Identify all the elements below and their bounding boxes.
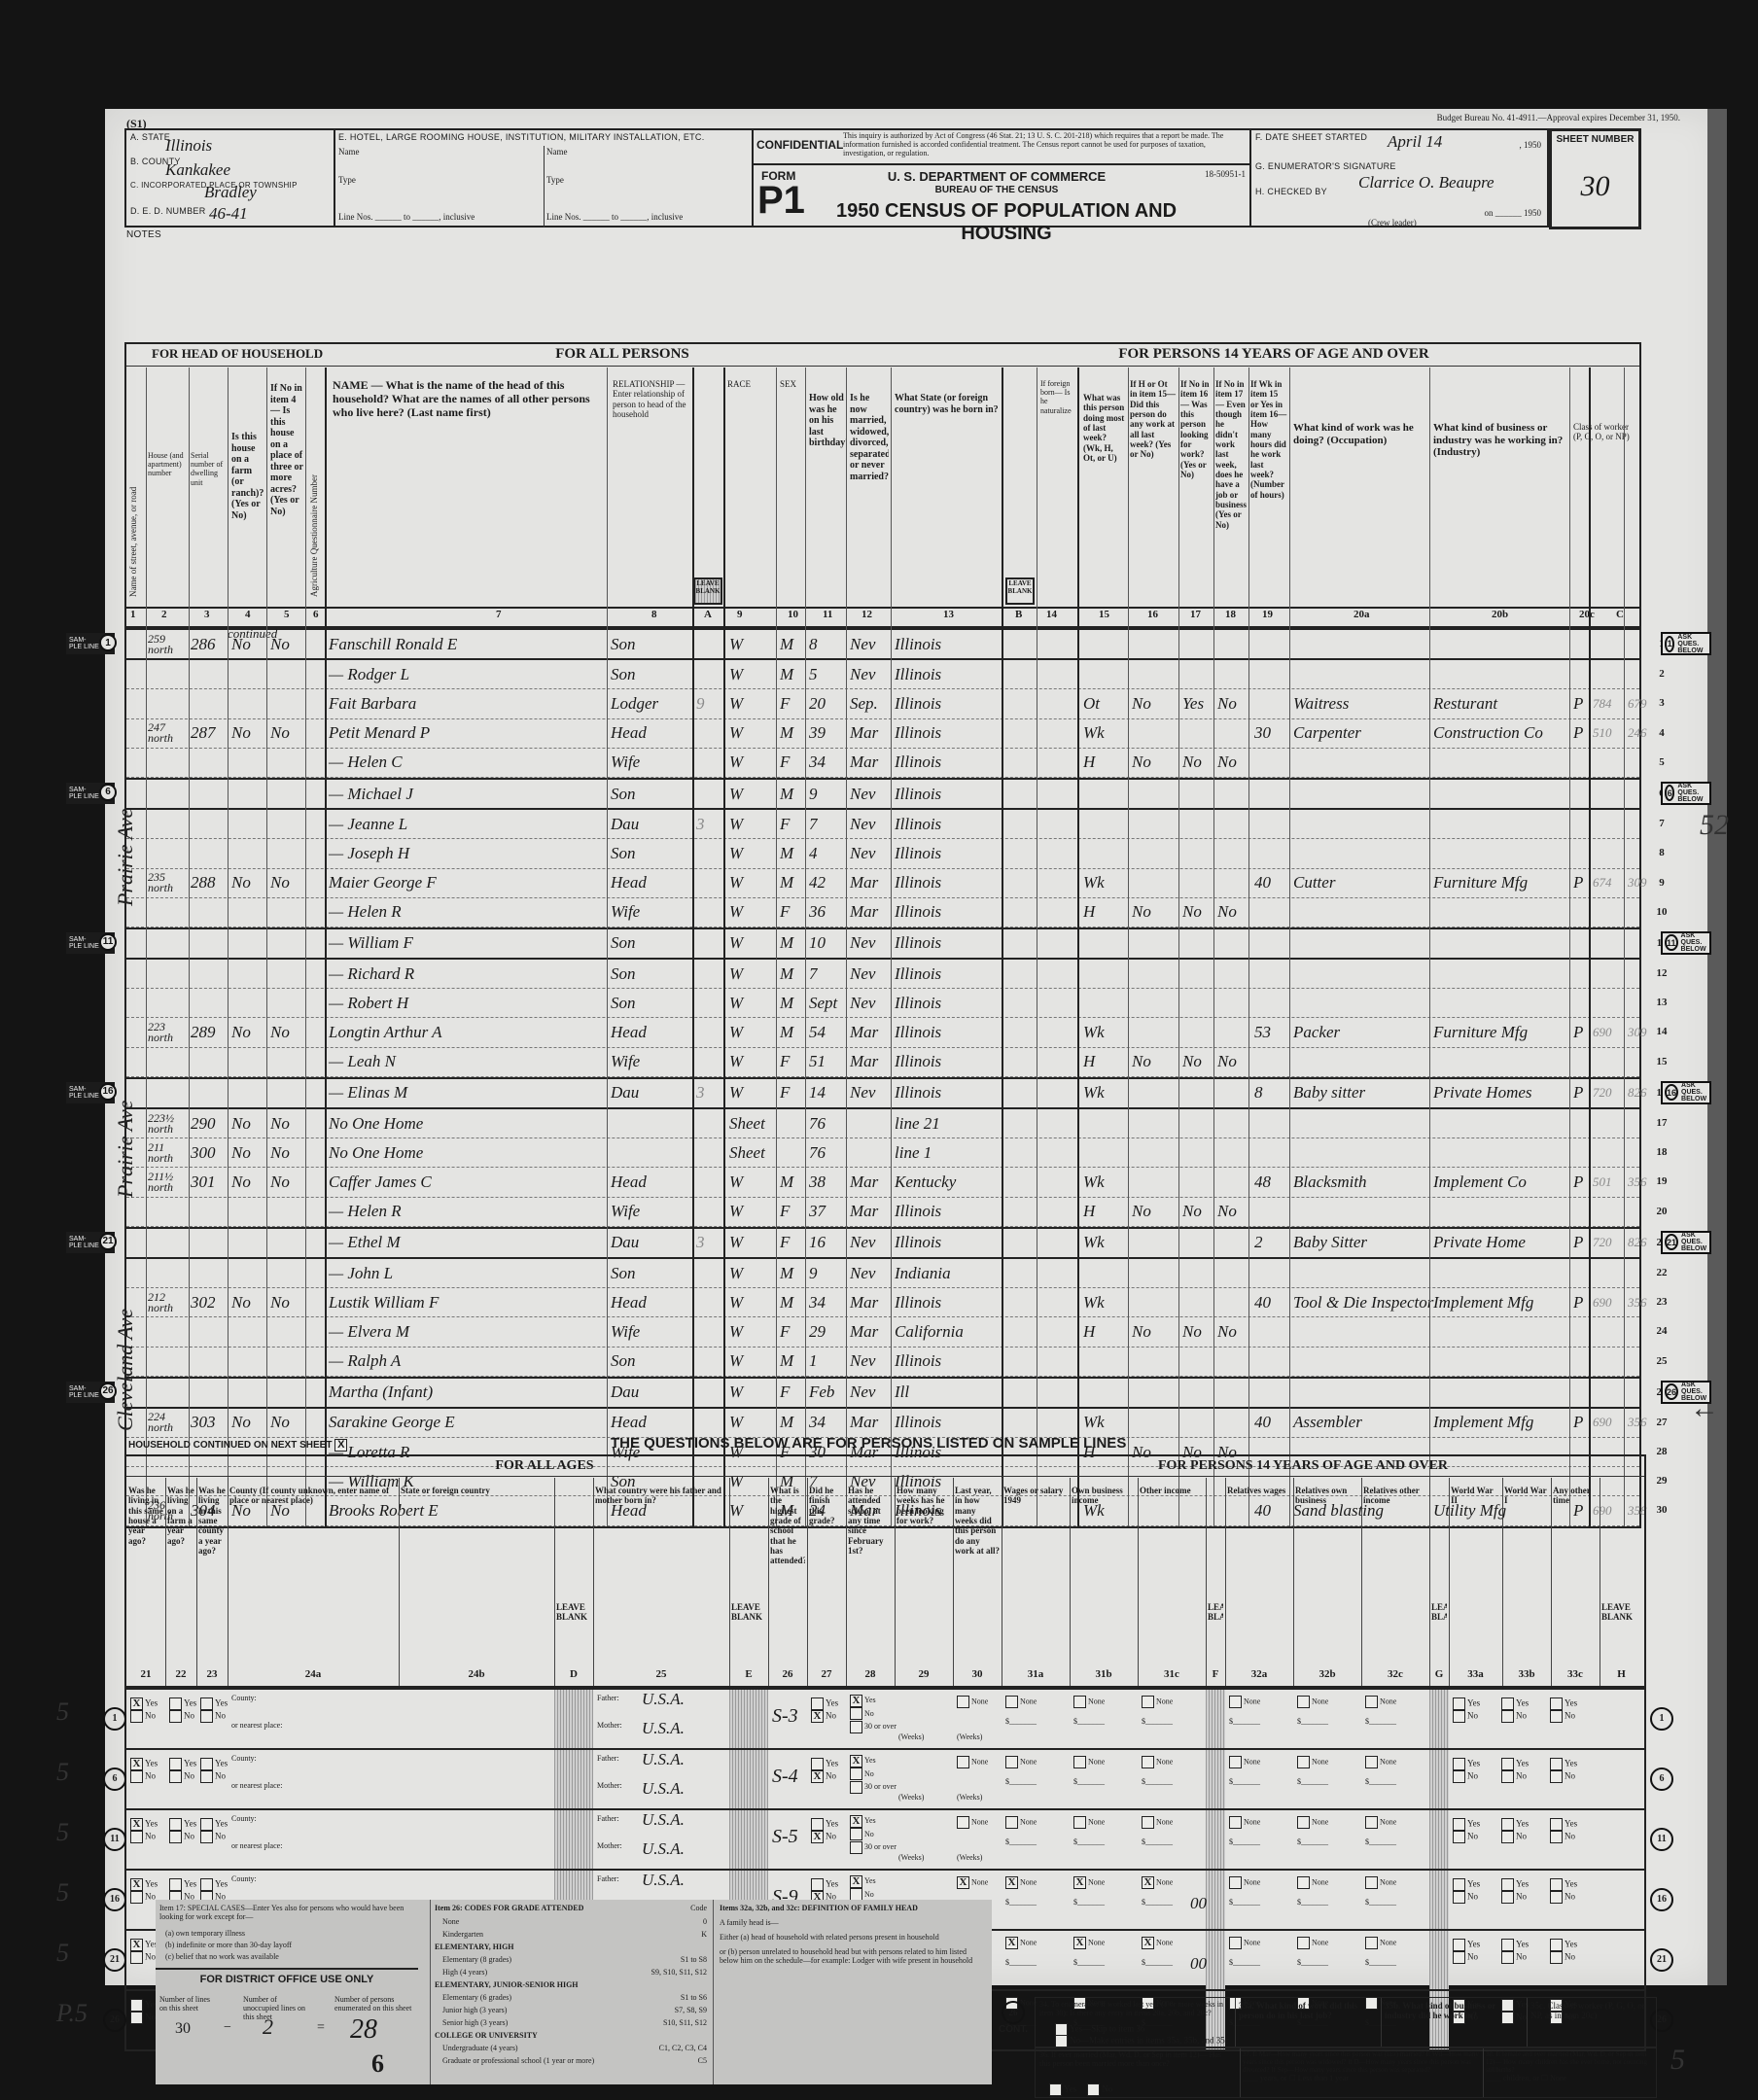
col-20b-header: What kind of business or industry was he… [1433,422,1569,459]
q22-yes-checkbox[interactable] [169,1818,182,1831]
q33a-yes-checkbox[interactable] [1453,1818,1465,1831]
cell-code2: 309 [1628,869,1647,897]
q32b-none-checkbox[interactable] [1297,1876,1310,1889]
col-16-header: If H or Ot in item 15— Did this person d… [1130,379,1177,460]
form-code: 18-50951-1 [1205,169,1246,179]
q31b-none-checkbox[interactable] [1073,1816,1086,1829]
q33b-yes-checkbox[interactable] [1501,1878,1514,1891]
q27-yes-checkbox[interactable] [811,1758,824,1770]
q33b-no-checkbox[interactable] [1501,1710,1514,1723]
mother-birthplace: U.S.A. [642,1779,685,1799]
no-label: No [1516,1771,1527,1781]
yes-label: Yes [826,1698,838,1708]
cell-name: Caffer James C [329,1168,432,1196]
street-header: Name of street, avenue, or road [128,373,144,597]
q32b-none-checkbox[interactable] [1297,1937,1310,1949]
sample-col-number: 30 [953,1668,1002,1681]
q33b-options: YesNo [1501,1697,1529,1723]
weeks-label-30: (Weeks) [957,1793,982,1802]
cell-rel: Head [611,869,647,897]
cell-marital: Mar [850,719,878,748]
cell-rel: Son [611,1259,636,1287]
table-row: — Jeanne LDau3WF7NevIllinois7 [126,810,1639,839]
q33c-yes-checkbox[interactable] [1550,1758,1563,1770]
q21-yes-checkbox[interactable]: X [130,1878,143,1891]
q27-no-checkbox[interactable]: X [811,1770,824,1783]
cell-ind: Private Homes [1433,1079,1532,1107]
grade-codes-box: Item 26: CODES FOR GRADE ATTENDED Code N… [430,1900,714,2084]
line-number: 19 [1651,1175,1672,1187]
cell-marital: Mar [850,1317,878,1346]
cell-age: 8 [809,630,818,658]
none-label: None [1380,1697,1396,1705]
cell-farm: No [231,1409,251,1437]
yes-label: Yes [1565,1940,1577,1949]
q22-options: YesNo [169,1818,196,1843]
cell-house [148,810,191,838]
cell-marital: Mar [850,1409,878,1437]
cell-age: 36 [809,898,826,927]
no-label: No [1467,1771,1478,1781]
cell-serial: 302 [191,1288,216,1316]
cell-born: Illinois [895,749,941,777]
q21-no-checkbox[interactable] [130,1710,143,1723]
q28-yes-checkbox[interactable]: X [850,1695,862,1707]
cell-house: 259 north [148,630,191,658]
sample-margin-note: 5 [56,1818,69,1847]
q21-no-checkbox[interactable] [130,2012,143,2024]
q23-yes-checkbox[interactable] [200,1818,213,1831]
q27-yes-checkbox[interactable] [811,1818,824,1831]
cell-occ: Packer [1293,1018,1340,1046]
q31b-none-checkbox[interactable]: X [1073,1876,1086,1889]
cell-rel: Son [611,660,636,688]
q31a-none-checkbox[interactable]: X [1005,1876,1018,1889]
cell-rel: Dau [611,1379,639,1407]
q32a-none-checkbox[interactable] [1229,1876,1242,1889]
q32c-none-checkbox[interactable] [1365,1756,1378,1768]
sample-col-header: Relatives wages [1227,1486,1291,1495]
q33c-options: YesNo [1550,1878,1577,1904]
cell-born: Illinois [895,1229,941,1257]
q31c-none: None$_______ [1142,1816,1173,1846]
cell-race: W [729,689,743,717]
q33a-yes-checkbox[interactable] [1453,1758,1465,1770]
q31c-none-checkbox[interactable]: X [1142,1876,1154,1889]
cell-c15: Wk [1083,719,1105,748]
q33b-yes-checkbox[interactable] [1501,1939,1514,1951]
sample-col-header: LEAVE BLANK [1601,1602,1641,1623]
no-label: No [1565,1771,1575,1781]
q22-no-checkbox[interactable] [169,1831,182,1843]
sample-col-number: 22 [165,1668,196,1681]
cell-c16: No [1132,749,1151,777]
q33b-yes-checkbox[interactable] [1501,1758,1514,1770]
grade-code-item: Undergraduate (4 years)C1, C2, C3, C4 [435,2042,707,2054]
q23-no-checkbox[interactable] [200,1831,213,1843]
q33a-no-checkbox[interactable] [1453,1951,1465,1964]
cell-hours: 40 [1254,1409,1271,1437]
sample-header: FOR ALL AGES FOR PERSONS 14 YEARS OF AGE… [126,1456,1644,1688]
sample-col-header: World War II [1451,1486,1500,1506]
cell-marital: Mar [850,1018,878,1046]
leave-blank-a: LEAVE BLANK [693,577,722,605]
cell-a: 9 [696,689,705,717]
q21-no-checkbox[interactable] [130,1891,143,1904]
q21-yes-checkbox[interactable]: X [130,1939,143,1951]
yes-label: Yes [1467,1940,1480,1949]
q31c-none-checkbox[interactable] [1142,1756,1154,1768]
cell-race: Sheet [729,1138,765,1167]
cell-name: — Rodger L [329,660,409,688]
none-label: None [1244,1817,1260,1826]
q31b-none-checkbox[interactable]: X [1073,1937,1086,1949]
q31a-none-checkbox[interactable] [1005,1696,1018,1708]
q23-yes-checkbox[interactable] [200,1758,213,1770]
cell-c18: No [1217,1198,1237,1226]
q31c-none-checkbox[interactable]: X [1142,1937,1154,1949]
cell-sex: M [780,1347,793,1376]
q33c-yes-checkbox[interactable] [1550,1818,1563,1831]
col-num-a: A [704,609,712,620]
q28-no-checkbox[interactable] [850,1828,862,1840]
cell-house: 223 north [148,1018,191,1046]
q33b-options: YesNo [1501,1939,1529,1964]
yes-label: Yes [826,1819,838,1829]
q33a-no-checkbox[interactable] [1453,1710,1465,1723]
q21-yes-checkbox[interactable]: X [130,1818,143,1831]
q33c-no-checkbox[interactable] [1550,1891,1563,1904]
dollar-label: $ [1073,1717,1077,1726]
q31c-none-checkbox[interactable] [1142,1816,1154,1829]
q31a-none-checkbox[interactable]: X [1005,1937,1018,1949]
cell-acres: No [270,1109,290,1137]
no-label: No [145,2012,156,2022]
q23-yes-checkbox[interactable] [200,1697,213,1710]
yes-label: Yes [1516,1879,1529,1889]
none-label: None [1020,1817,1037,1826]
cell-marital: Mar [850,1048,878,1076]
line-number: 14 [1651,1026,1672,1037]
q30-none-checkbox[interactable] [957,1816,969,1829]
ask-questions-below-tag: 6ASK QUES. BELOW [1661,782,1711,805]
q30-none-checkbox[interactable] [957,1756,969,1768]
leave-blank-d [554,1750,593,1808]
q33b-no-checkbox[interactable] [1501,1951,1514,1964]
cell-name: Fanschill Ronald E [329,630,457,658]
yes-label: Yes [145,1698,158,1708]
cell-code1: 720 [1593,1079,1612,1107]
q23-no-checkbox[interactable] [200,1770,213,1783]
household-continued-checkbox[interactable]: X [334,1439,347,1452]
q32b-none-checkbox[interactable] [1297,1756,1310,1768]
q32a-none-checkbox[interactable] [1229,1937,1242,1949]
ask-label: ASK QUES. BELOW [1681,932,1709,953]
q33c-yes-checkbox[interactable] [1550,1878,1563,1891]
grade-code-item: Elementary (6 grades)S1 to S6 [435,1991,707,2004]
name-label-2: Name [546,147,568,157]
q32c-none-checkbox[interactable] [1365,1696,1378,1708]
q21-yes-checkbox[interactable]: X [130,1758,143,1770]
q32b-none-checkbox[interactable] [1297,1816,1310,1829]
sample-col-number: F [1206,1668,1225,1681]
cell-name: — Richard R [329,960,414,988]
cell-race: W [729,1379,743,1407]
cell-born: Illinois [895,810,941,838]
q32c-none-checkbox[interactable] [1365,1876,1378,1889]
q33c-options: YesNo [1550,1758,1577,1783]
q33a-yes-checkbox[interactable] [1453,1878,1465,1891]
cell-acres: No [270,1168,290,1196]
thirty-over-label: 30 or over [864,1782,897,1791]
footer-instructions: Item 17: SPECIAL CASES—Enter Yes also fo… [156,1900,992,2084]
q28-over30-checkbox[interactable] [850,1721,862,1733]
q38-box: 38. If female and ever married (Mar, Wd,… [1483,2048,1656,2097]
cell-name: — Helen C [329,749,403,777]
line-number: 17 [1651,1117,1672,1129]
county-label: County: [231,1754,257,1763]
table-row: — Leah NWifeWF51MarIllinoisHNoNoNo15 [126,1048,1639,1077]
census-sheet: (S1) Budget Bureau No. 41-4911.—Approval… [105,109,1719,1985]
grade-code-item: None0 [435,1915,707,1928]
cell-born: Illinois [895,839,941,867]
no-label: No [1565,1952,1575,1962]
sample-col-header: How many weeks has he been looking for w… [897,1486,951,1525]
q32a-none-checkbox[interactable] [1229,1696,1242,1708]
q31b-none-checkbox[interactable] [1073,1696,1086,1708]
q33c-no-checkbox[interactable] [1550,1951,1563,1964]
yes-label: Yes [1565,1759,1577,1768]
q33a-yes-checkbox[interactable] [1453,1697,1465,1710]
county-value: Kankakee [165,160,230,180]
q33c-no-checkbox[interactable] [1550,1770,1563,1783]
sample-line-circle: 6 [103,1767,126,1791]
cell-sex: M [780,1018,793,1046]
col-15-header: What was this person doing most of last … [1083,393,1126,463]
dollar-label: $ [1229,1837,1233,1846]
q32b-none-checkbox[interactable] [1297,1696,1310,1708]
yes-label: Yes [1516,1940,1529,1949]
col-3-header: Serial number of dwelling unit [191,451,228,487]
q33a-no-checkbox[interactable] [1453,1891,1465,1904]
cell-born: Illinois [895,719,941,748]
q37-tail: ____ years, or ☐ Less than 1 year [1243,2074,1481,2082]
q33c-no-checkbox[interactable] [1550,1831,1563,1843]
grade-code: S1 to S8 [681,1953,707,1966]
q30-none-checkbox[interactable] [957,1696,969,1708]
sample-margin-note: 5 [56,1758,69,1787]
q33c-no-checkbox[interactable] [1550,1710,1563,1723]
sample-col-number: 32b [1293,1668,1361,1681]
place-value: Bradley [204,183,257,202]
q33c-yes-checkbox[interactable] [1550,1939,1563,1951]
q27-yes-checkbox[interactable] [811,1697,824,1710]
q21-no-checkbox[interactable] [130,1831,143,1843]
ask-questions-below-tag: 1ASK QUES. BELOW [1661,632,1711,655]
cell-age: 54 [809,1018,826,1046]
q22-yes-checkbox[interactable] [169,1758,182,1770]
q21-no-checkbox[interactable] [130,1951,143,1964]
q32a-none-checkbox[interactable] [1229,1756,1242,1768]
q28-no-checkbox[interactable] [850,1707,862,1720]
q28-options: XYesNo30 or over [850,1814,897,1854]
q31c-none-checkbox[interactable] [1142,1696,1154,1708]
q23-no-checkbox[interactable] [200,1710,213,1723]
q23-yes-checkbox[interactable] [200,1878,213,1891]
q33c-options: YesNo [1550,1697,1577,1723]
cell-c17: No [1182,749,1202,777]
cell-race: W [729,1409,743,1437]
q28-yes-checkbox[interactable]: X [850,1755,862,1767]
cell-age: Feb [809,1379,834,1407]
q21-yes-checkbox[interactable]: X [130,1697,143,1710]
q28-yes-checkbox[interactable]: X [850,1875,862,1888]
dollar-label: $ [1073,1837,1077,1846]
cell-farm: No [231,1018,251,1046]
title-box: CONFIDENTIAL This inquiry is authorized … [754,128,1251,227]
q31a-none-checkbox[interactable] [1005,1756,1018,1768]
q22-yes-checkbox[interactable] [169,1878,182,1891]
sample-col-header: What is the highest grade of school that… [770,1486,805,1566]
none-label: None [1088,1938,1105,1946]
q33a-no-checkbox[interactable] [1453,1831,1465,1843]
cell-marital: Mar [850,869,878,897]
dollar-label: $ [1005,1898,1009,1907]
q33b-no-checkbox[interactable] [1501,1770,1514,1783]
yes-label: Yes [145,1879,158,1889]
q32a-none-checkbox[interactable] [1229,1816,1242,1829]
q21-no-checkbox[interactable] [130,1770,143,1783]
q33a-yes-checkbox[interactable] [1453,1939,1465,1951]
ask-label: ASK QUES. BELOW [1681,1232,1709,1252]
cell-code2: 246 [1628,719,1647,748]
q31a-none-checkbox[interactable] [1005,1816,1018,1829]
q32c-none: None$_______ [1365,1756,1396,1786]
q32c-none-checkbox[interactable] [1365,1816,1378,1829]
leave-blank-f [1206,1750,1225,1808]
sample-column-divider [768,1478,769,1686]
col-num-8: 8 [651,609,657,620]
cell-acres: No [270,1018,290,1046]
cell-sex: F [780,689,790,717]
family-head-box: Items 32a, 32b, and 32c: DEFINITION OF F… [720,1904,982,1965]
cell-c17: No [1182,898,1202,927]
q33b-yes-checkbox[interactable] [1501,1697,1514,1710]
dept-name: U. S. DEPARTMENT OF COMMERCE [841,169,1152,184]
none-label: None [971,1757,988,1766]
q28-yes-checkbox[interactable]: X [850,1815,862,1828]
q34-no-checkbox[interactable] [1055,2035,1068,2047]
q28-over30-checkbox[interactable] [850,1781,862,1794]
grade-code: S1 to S6 [681,1991,707,2004]
q33c-yes-checkbox[interactable] [1550,1697,1563,1710]
cell-age: 76 [809,1109,826,1137]
table-row: — William FSonWM10NevIllinois11SAM-PLE L… [126,927,1639,960]
cell-rel: Son [611,989,636,1017]
sample-col-number: 25 [593,1668,729,1681]
q27-no-checkbox[interactable]: X [811,1710,824,1723]
q27-no-checkbox[interactable]: X [811,1831,824,1843]
sample-col-number: 28 [846,1668,895,1681]
yes-label: Yes [1565,1819,1577,1829]
cell-race: W [729,1259,743,1287]
q21-yes-checkbox[interactable] [130,1999,143,2012]
q32c-none-checkbox[interactable] [1365,1937,1378,1949]
q28-over30-checkbox[interactable] [850,1841,862,1854]
grade-code-item: Elementary (8 grades)S1 to S8 [435,1953,707,1966]
q33b-no-checkbox[interactable] [1501,1891,1514,1904]
cell-born: Ill [895,1379,909,1407]
special-cases-title: Item 17: SPECIAL CASES—Enter Yes also fo… [159,1904,412,1921]
q30-none: None [957,1816,988,1829]
persons-value: 28 [350,2014,377,2046]
leave-blank-e [729,1750,768,1808]
q21-options: XYesNo [130,1697,158,1723]
cell-born: Illinois [895,1409,941,1437]
no-label: No [145,1952,156,1962]
sample-line-tag: SAM-PLE LINE11 [66,932,115,954]
q33b-yes-checkbox[interactable] [1501,1818,1514,1831]
yes-label: Yes [145,1759,158,1768]
sample-column-divider [846,1478,847,1686]
q36-yes-checkbox[interactable] [1049,2083,1062,2096]
cell-age: 51 [809,1048,826,1076]
table-row: 235 north288NoNoMaier George FHeadWM42Ma… [126,869,1639,898]
q32a-none: None$_______ [1229,1756,1260,1786]
q22-no-checkbox[interactable] [169,1770,182,1783]
col-num-4: 4 [245,609,251,620]
col-4-header: Is this house on a farm (or ranch)? (Yes… [231,432,266,521]
none-label: None [1244,1697,1260,1705]
sample-col-header: Relatives own business [1295,1486,1359,1506]
q36-no-checkbox[interactable] [1087,2083,1100,2096]
cell-name: — William F [329,929,413,958]
sample-column-divider [1138,1478,1139,1686]
cell-house [148,689,191,717]
sample-col-header: Was he living in this same house a year … [128,1486,163,1546]
persons-extra: 6 [371,2049,384,2079]
q27-yes-checkbox[interactable] [811,1878,824,1891]
cell-sex: M [780,989,793,1017]
grade-label: Graduate or professional school (1 year … [442,2054,594,2067]
q33a-no-checkbox[interactable] [1453,1770,1465,1783]
q33b-no-checkbox[interactable] [1501,1831,1514,1843]
q28-no-checkbox[interactable] [850,1767,862,1780]
cell-code1: 690 [1593,1409,1612,1437]
cell-born: Illinois [895,1198,941,1226]
sample-col-number: 33a [1449,1668,1502,1681]
cell-age: 1 [809,1347,818,1376]
q31b-none-checkbox[interactable] [1073,1756,1086,1768]
cell-race: W [729,749,743,777]
cell-marital: Sep. [850,689,878,717]
ask-questions-below-tag: 11ASK QUES. BELOW [1661,931,1711,955]
sample-column-divider [1070,1478,1071,1686]
special-case-b: (b) indefinite or more than 30-day layof… [165,1941,292,1949]
cell-house [148,749,191,777]
cell-rel: Son [611,960,636,988]
cell-code2: 826 [1628,1079,1647,1107]
q30-none-checkbox[interactable]: X [957,1876,969,1889]
cell-sex: M [780,929,793,958]
sample-col-number: 31c [1138,1668,1206,1681]
q22-yes-checkbox[interactable] [169,1697,182,1710]
cell-a: 3 [696,810,705,838]
line-number: 27 [1651,1417,1672,1428]
cell-cls: P [1573,1018,1583,1046]
q23-options: YesNo [200,1758,228,1783]
q22-no-checkbox[interactable] [169,1710,182,1723]
